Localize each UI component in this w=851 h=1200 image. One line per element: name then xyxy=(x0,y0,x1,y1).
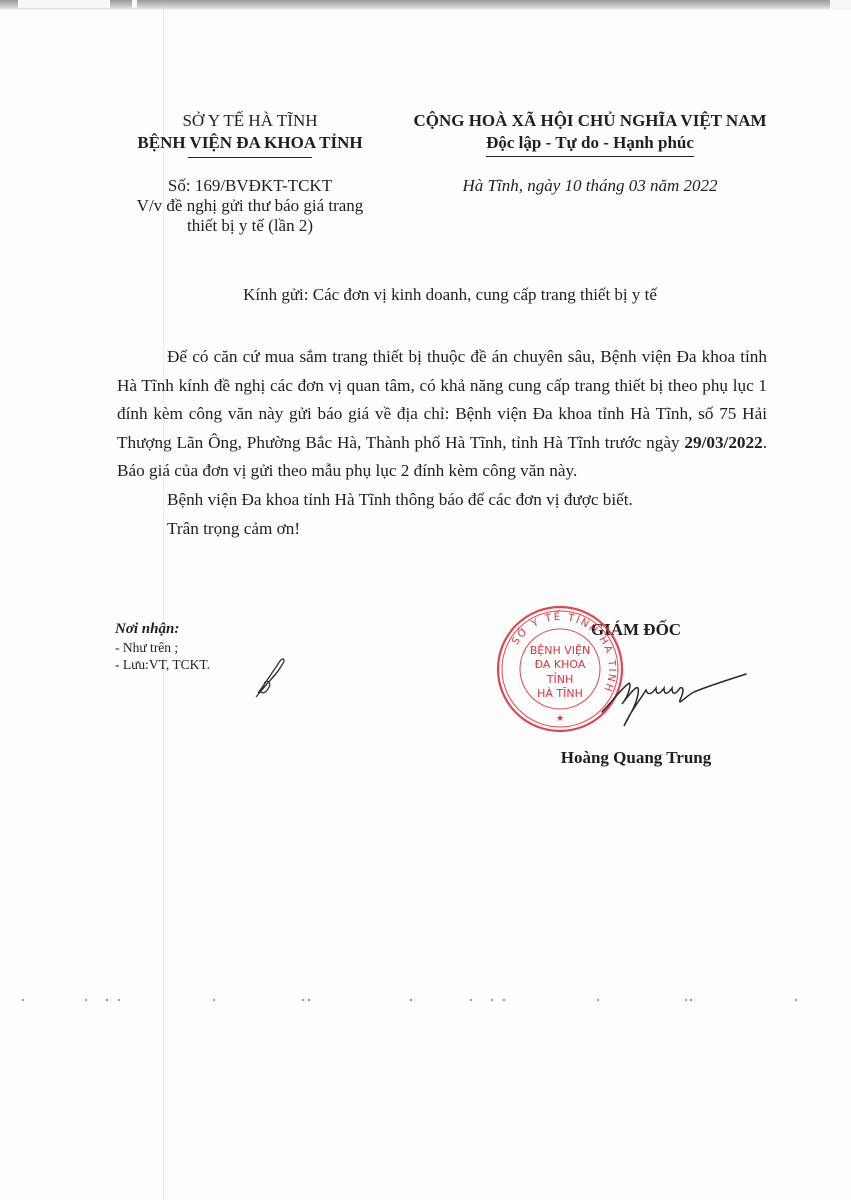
national-header: CỘNG HOÀ XÃ HỘI CHỦ NGHĨA VIỆT NAM Độc l… xyxy=(380,110,800,157)
recipients-title: Nơi nhận: xyxy=(115,620,355,639)
stamp-line: BỆNH VIỆN xyxy=(530,644,590,657)
initials-mark xyxy=(250,655,290,700)
recipient-item: - Lưu:VT, TCKT. xyxy=(115,656,355,673)
subject-line: thiết bị y tế (lần 2) xyxy=(100,216,400,236)
body-text: Để có căn cứ mua sắm trang thiết bị thuộ… xyxy=(117,347,767,452)
recipients-block: Nơi nhận: - Như trên ; - Lưu:VT, TCKT. xyxy=(115,620,355,673)
stamp-line: TỈNH xyxy=(546,672,573,686)
reference-block: Số: 169/BVĐKT-TCKT V/v đề nghị gửi thư b… xyxy=(100,176,400,236)
scan-dot-artifacts xyxy=(0,995,851,1005)
recipient-item: - Như trên ; xyxy=(115,639,355,656)
signer-name: Hoàng Quang Trung xyxy=(536,748,736,768)
handwritten-signature xyxy=(600,660,750,730)
body-paragraph: Bệnh viện Đa khoa tỉnh Hà Tĩnh thông báo… xyxy=(117,486,767,515)
letter-body: Để có căn cứ mua sắm trang thiết bị thuộ… xyxy=(117,343,767,543)
deadline-date: 29/03/2022 xyxy=(684,433,762,452)
closing-line: Trân trọng cảm ơn! xyxy=(117,515,767,544)
divider xyxy=(188,157,312,158)
stamp-line: ĐA KHOA xyxy=(535,658,586,671)
country-name: CỘNG HOÀ XÃ HỘI CHỦ NGHĨA VIỆT NAM xyxy=(380,110,800,132)
stamp-line: HÀ TĨNH xyxy=(537,687,583,700)
svg-text:★: ★ xyxy=(556,713,564,723)
organization-name: BỆNH VIỆN ĐA KHOA TỈNH xyxy=(100,132,400,154)
issuing-agency-block: SỞ Y TẾ HÀ TĨNH BỆNH VIỆN ĐA KHOA TỈNH xyxy=(100,110,400,166)
place-date: Hà Tĩnh, ngày 10 tháng 03 năm 2022 xyxy=(380,176,800,196)
body-paragraph: Để có căn cứ mua sắm trang thiết bị thuộ… xyxy=(117,343,767,486)
national-motto: Độc lập - Tự do - Hạnh phúc xyxy=(486,132,694,157)
greeting: Kính gửi: Các đơn vị kinh doanh, cung cấ… xyxy=(100,285,800,305)
department-name: SỞ Y TẾ HÀ TĨNH xyxy=(100,110,400,132)
reference-number: Số: 169/BVĐKT-TCKT xyxy=(100,176,400,196)
subject-line: V/v đề nghị gửi thư báo giá trang xyxy=(100,196,400,216)
scan-edge xyxy=(0,0,851,10)
